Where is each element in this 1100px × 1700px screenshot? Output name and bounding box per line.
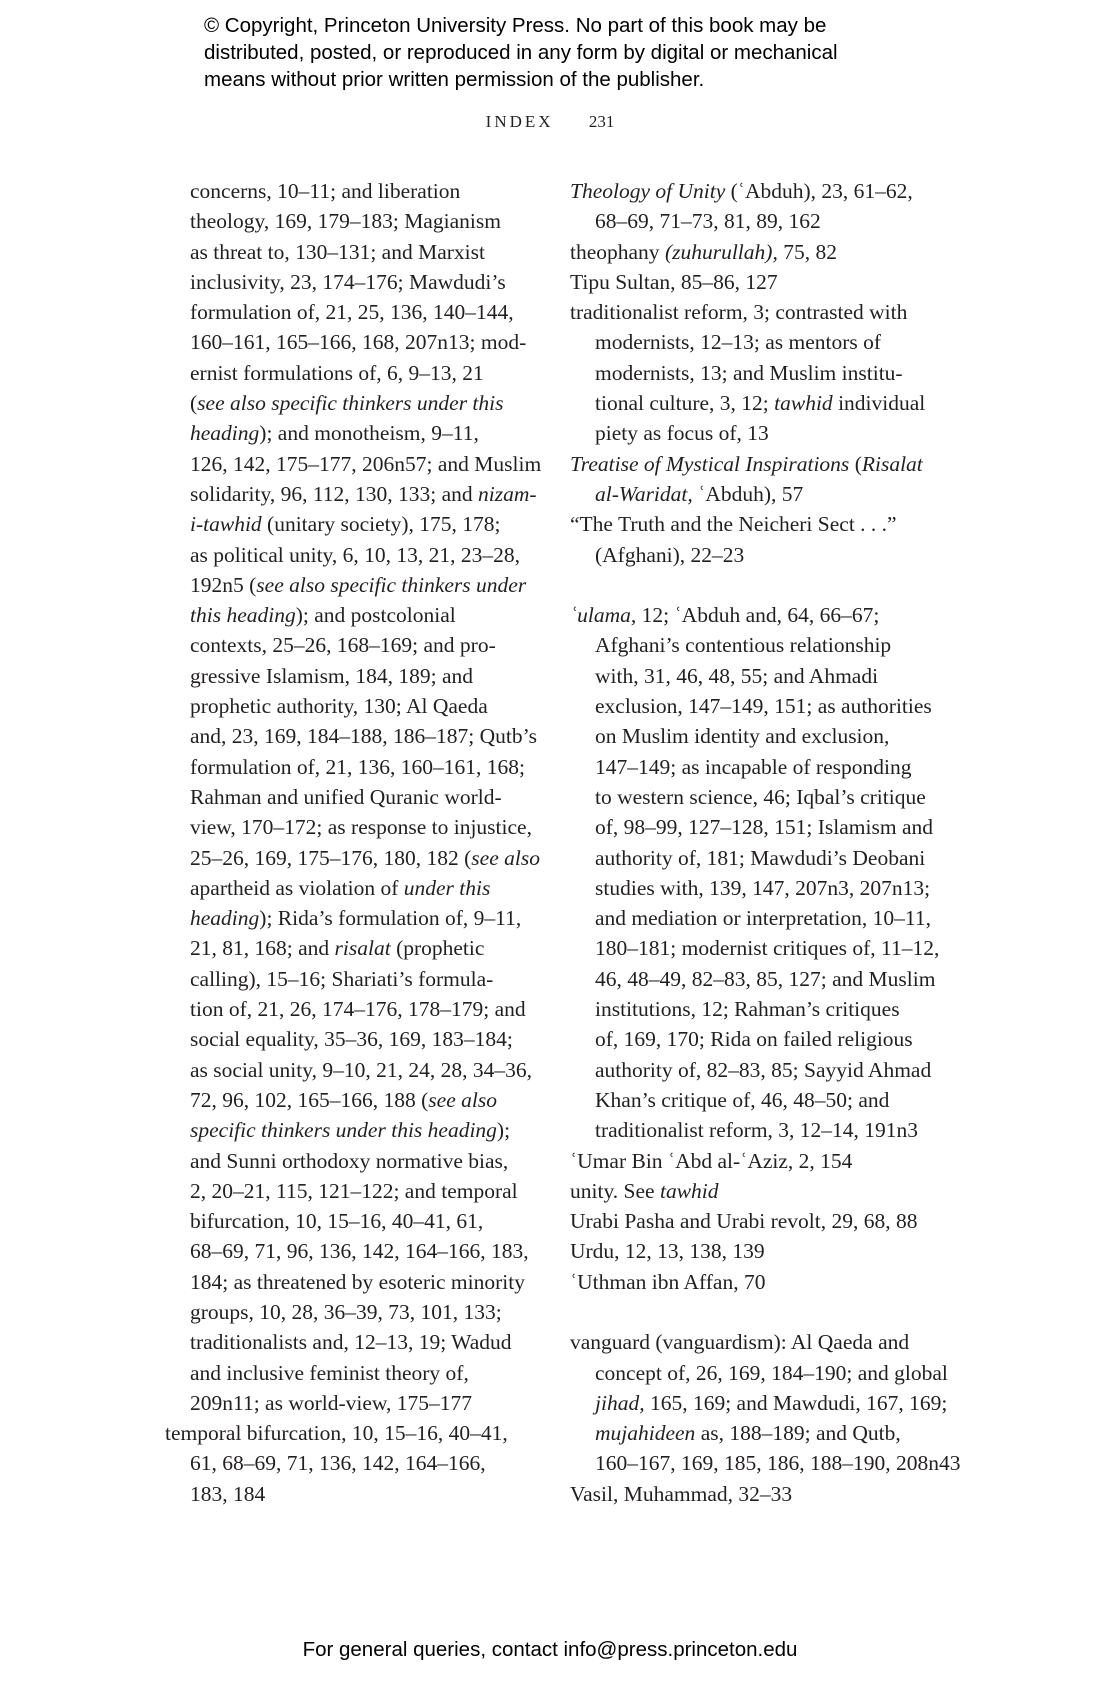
index-line-continuation: prophetic authority, 130; Al Qaeda: [190, 691, 530, 721]
copyright-line: © Copyright, Princeton University Press.…: [204, 12, 964, 39]
index-text: 147–149; as incapable of responding: [595, 755, 911, 779]
index-line-continuation: authority of, 181; Mawdudi’s Deobani: [570, 843, 940, 873]
italic-term: (zuhurullah),: [665, 240, 778, 264]
index-text: authority of, 82–83, 85; Sayyid Ahmad: [595, 1058, 931, 1082]
index-text: view, 170–172; as response to injustice,: [190, 815, 532, 839]
index-line-continuation: formulation of, 21, 25, 136, 140–144,: [190, 297, 530, 327]
index-text: contexts, 25–26, 168–169; and pro-: [190, 633, 496, 657]
index-text: of, 98–99, 127–128, 151; Islamism and: [595, 815, 933, 839]
index-entry: unity. See tawhid: [570, 1176, 940, 1206]
index-line-continuation: and Sunni orthodoxy normative bias,: [190, 1146, 530, 1176]
index-line-continuation: 184; as threatened by esoteric minority: [190, 1267, 530, 1297]
index-line-continuation: as threat to, 130–131; and Marxist: [190, 237, 530, 267]
italic-term: see also specific thinkers under this: [197, 391, 503, 415]
italic-term: tawhid: [660, 1179, 719, 1203]
index-text: );: [497, 1118, 510, 1142]
index-text: traditionalists and, 12–13, 19; Wadud: [190, 1330, 512, 1354]
italic-term: heading: [190, 906, 259, 930]
index-line-continuation: as political unity, 6, 10, 13, 21, 23–28…: [190, 540, 530, 570]
index-line-continuation: of, 98–99, 127–128, 151; Islamism and: [570, 812, 940, 842]
running-head-label: INDEX: [486, 112, 554, 131]
index-text: 46, 48–49, 82–83, 85, 127; and Muslim: [595, 967, 935, 991]
index-line-continuation: heading); Rida’s formulation of, 9–11,: [190, 903, 530, 933]
index-text: as social unity, 9–10, 21, 24, 28, 34–36…: [190, 1058, 532, 1082]
index-text: with, 31, 46, 48, 55; and Ahmadi: [595, 664, 878, 688]
index-line-continuation: concept of, 26, 169, 184–190; and global: [570, 1358, 940, 1388]
index-entry: ʿulama, 12; ʿAbduh and, 64, 66–67;: [570, 600, 940, 630]
italic-term: al-Waridat,: [595, 482, 693, 506]
index-text: ); and monotheism, 9–11,: [259, 421, 479, 445]
index-text: 184; as threatened by esoteric minority: [190, 1270, 525, 1294]
italic-term: heading: [190, 421, 259, 445]
index-text: 75, 82: [778, 240, 837, 264]
index-entry: ʿUthman ibn Affan, 70: [570, 1267, 940, 1297]
index-text: unity. See: [570, 1179, 660, 1203]
footer-contact: For general queries, contact info@press.…: [0, 1638, 1100, 1662]
index-line-continuation: 160–167, 169, 185, 186, 188–190, 208n43: [570, 1448, 940, 1478]
index-line-continuation: al-Waridat, ʿAbduh), 57: [570, 479, 940, 509]
index-text: tion of, 21, 26, 174–176, 178–179; and: [190, 997, 526, 1021]
index-line-continuation: of, 169, 170; Rida on failed religious: [570, 1024, 940, 1054]
index-text: 165, 169; and Mawdudi, 167, 169;: [645, 1391, 948, 1415]
index-line-continuation: traditionalists and, 12–13, 19; Wadud: [190, 1327, 530, 1357]
index-line-continuation: 46, 48–49, 82–83, 85, 127; and Muslim: [570, 964, 940, 994]
index-line-continuation: heading); and monotheism, 9–11,: [190, 418, 530, 448]
index-text: as, 188–189; and Qutb,: [695, 1421, 900, 1445]
index-line-continuation: with, 31, 46, 48, 55; and Ahmadi: [570, 661, 940, 691]
index-text: Khan’s critique of, 46, 48–50; and: [595, 1088, 889, 1112]
index-text: theology, 169, 179–183; Magianism: [190, 209, 501, 233]
index-line-continuation: 126, 142, 175–177, 206n57; and Muslim: [190, 449, 530, 479]
index-line-continuation: ernist formulations of, 6, 9–13, 21: [190, 358, 530, 388]
index-text: piety as focus of, 13: [595, 421, 769, 445]
index-text: exclusion, 147–149, 151; as authorities: [595, 694, 932, 718]
index-text: solidarity, 96, 112, 130, 133; and: [190, 482, 478, 506]
index-line-continuation: 21, 81, 168; and risalat (prophetic: [190, 933, 530, 963]
index-line-continuation: gressive Islamism, 184, 189; and: [190, 661, 530, 691]
index-column-left: concerns, 10–11; and liberationtheology,…: [190, 176, 530, 1509]
copyright-line: distributed, posted, or reproduced in an…: [204, 39, 964, 66]
index-line-continuation: tional culture, 3, 12; tawhid individual: [570, 388, 940, 418]
index-text: traditionalist reform, 3, 12–14, 191n3: [595, 1118, 918, 1142]
index-line-continuation: (Afghani), 22–23: [570, 540, 940, 570]
index-entry: Urdu, 12, 13, 138, 139: [570, 1236, 940, 1266]
index-line-continuation: solidarity, 96, 112, 130, 133; and nizam…: [190, 479, 530, 509]
index-text: bifurcation, 10, 15–16, 40–41, 61,: [190, 1209, 483, 1233]
index-entry: Treatise of Mystical Inspirations (Risal…: [570, 449, 940, 479]
index-line-continuation: contexts, 25–26, 168–169; and pro-: [190, 630, 530, 660]
index-text: 160–161, 165–166, 168, 207n13; mod-: [190, 330, 526, 354]
index-entry: Theology of Unity (ʿAbduh), 23, 61–62,: [570, 176, 940, 206]
index-text: modernists, 12–13; as mentors of: [595, 330, 881, 354]
entry-group-gap: [570, 570, 940, 600]
index-text: (: [849, 452, 862, 476]
index-text: apartheid as violation of: [190, 876, 404, 900]
italic-term: jihad,: [595, 1391, 645, 1415]
index-line-continuation: 147–149; as incapable of responding: [570, 752, 940, 782]
index-text: (Afghani), 22–23: [595, 543, 744, 567]
italic-term: mujahideen: [595, 1421, 695, 1445]
index-text: ʿUthman ibn Affan, 70: [570, 1270, 765, 1294]
index-text: traditionalist reform, 3; contrasted wit…: [570, 300, 907, 324]
index-line-continuation: i-tawhid (unitary society), 175, 178;: [190, 509, 530, 539]
index-line-continuation: piety as focus of, 13: [570, 418, 940, 448]
index-line-continuation: 68–69, 71, 96, 136, 142, 164–166, 183,: [190, 1236, 530, 1266]
index-text: 12; ʿAbduh and, 64, 66–67;: [636, 603, 879, 627]
index-text: 25–26, 169, 175–176, 180, 182 (: [190, 846, 471, 870]
index-text: ); Rida’s formulation of, 9–11,: [259, 906, 521, 930]
index-text: concerns, 10–11; and liberation: [190, 179, 460, 203]
index-text: to western science, 46; Iqbal’s critique: [595, 785, 926, 809]
index-text: formulation of, 21, 25, 136, 140–144,: [190, 300, 514, 324]
index-text: groups, 10, 28, 36–39, 73, 101, 133;: [190, 1300, 502, 1324]
index-text: 126, 142, 175–177, 206n57; and Muslim: [190, 452, 541, 476]
index-text: 183, 184: [190, 1482, 265, 1506]
index-line-continuation: 2, 20–21, 115, 121–122; and temporal: [190, 1176, 530, 1206]
index-line-continuation: and, 23, 169, 184–188, 186–187; Qutb’s: [190, 721, 530, 751]
italic-term: Theology of Unity: [570, 179, 725, 203]
index-text: 61, 68–69, 71, 136, 142, 164–166,: [190, 1451, 486, 1475]
index-text: theophany: [570, 240, 665, 264]
index-text: “The Truth and the Neicheri Sect . . .”: [570, 512, 897, 536]
index-line-continuation: groups, 10, 28, 36–39, 73, 101, 133;: [190, 1297, 530, 1327]
index-line-continuation: authority of, 82–83, 85; Sayyid Ahmad: [570, 1055, 940, 1085]
index-text: ); and postcolonial: [296, 603, 456, 627]
index-text: tional culture, 3, 12;: [595, 391, 774, 415]
index-line-continuation: concerns, 10–11; and liberation: [190, 176, 530, 206]
index-entry: Vasil, Muhammad, 32–33: [570, 1479, 940, 1509]
index-column-right: Theology of Unity (ʿAbduh), 23, 61–62,68…: [570, 176, 940, 1509]
index-text: 192n5 (: [190, 573, 256, 597]
index-text: and Sunni orthodoxy normative bias,: [190, 1149, 508, 1173]
index-text: and inclusive feminist theory of,: [190, 1361, 469, 1385]
index-text: of, 169, 170; Rida on failed religious: [595, 1027, 913, 1051]
italic-term: Risalat: [862, 452, 923, 476]
italic-term: i-tawhid: [190, 512, 262, 536]
index-text: 180–181; modernist critiques of, 11–12,: [595, 936, 939, 960]
page-number: 231: [589, 112, 615, 131]
index-text: individual: [833, 391, 926, 415]
index-entry: temporal bifurcation, 10, 15–16, 40–41,: [165, 1418, 530, 1448]
index-text: and mediation or interpretation, 10–11,: [595, 906, 931, 930]
index-line-continuation: 209n11; as world-view, 175–177: [190, 1388, 530, 1418]
index-text: as political unity, 6, 10, 13, 21, 23–28…: [190, 543, 520, 567]
index-text: calling), 15–16; Shariati’s formula-: [190, 967, 493, 991]
italic-term: see also: [428, 1088, 497, 1112]
index-line-continuation: view, 170–172; as response to injustice,: [190, 812, 530, 842]
index-line-continuation: specific thinkers under this heading);: [190, 1115, 530, 1145]
italic-term: see also: [471, 846, 540, 870]
index-line-continuation: tion of, 21, 26, 174–176, 178–179; and: [190, 994, 530, 1024]
index-text: (ʿAbduh), 23, 61–62,: [725, 179, 913, 203]
index-text: as threat to, 130–131; and Marxist: [190, 240, 485, 264]
index-line-continuation: studies with, 139, 147, 207n3, 207n13;: [570, 873, 940, 903]
index-text: Vasil, Muhammad, 32–33: [570, 1482, 792, 1506]
index-text: Afghani’s contentious relationship: [595, 633, 891, 657]
index-entry: traditionalist reform, 3; contrasted wit…: [570, 297, 940, 327]
index-text: formulation of, 21, 136, 160–161, 168;: [190, 755, 525, 779]
italic-term: Treatise of Mystical Inspirations: [570, 452, 849, 476]
index-text: ernist formulations of, 6, 9–13, 21: [190, 361, 484, 385]
index-line-continuation: and mediation or interpretation, 10–11,: [570, 903, 940, 933]
index-line-continuation: Afghani’s contentious relationship: [570, 630, 940, 660]
index-text: gressive Islamism, 184, 189; and: [190, 664, 473, 688]
index-line-continuation: on Muslim identity and exclusion,: [570, 721, 940, 751]
index-text: 72, 96, 102, 165–166, 188 (: [190, 1088, 428, 1112]
italic-term: under this: [404, 876, 491, 900]
index-text: ʿAbduh), 57: [693, 482, 803, 506]
running-head: INDEX 231: [0, 112, 1100, 132]
index-line-continuation: institutions, 12; Rahman’s critiques: [570, 994, 940, 1024]
index-entry: ʿUmar Bin ʿAbd al-ʿAziz, 2, 154: [570, 1146, 940, 1176]
index-text: (unitary society), 175, 178;: [262, 512, 501, 536]
index-text: concept of, 26, 169, 184–190; and global: [595, 1361, 948, 1385]
index-line-continuation: theology, 169, 179–183; Magianism: [190, 206, 530, 236]
index-line-continuation: jihad, 165, 169; and Mawdudi, 167, 169;: [570, 1388, 940, 1418]
index-entry: vanguard (vanguardism): Al Qaeda and: [570, 1327, 940, 1357]
index-line-continuation: (see also specific thinkers under this: [190, 388, 530, 418]
index-line-continuation: 68–69, 71–73, 81, 89, 162: [570, 206, 940, 236]
index-text: Tipu Sultan, 85–86, 127: [570, 270, 778, 294]
index-line-continuation: mujahideen as, 188–189; and Qutb,: [570, 1418, 940, 1448]
index-line-continuation: social equality, 35–36, 169, 183–184;: [190, 1024, 530, 1054]
index-entry: theophany (zuhurullah), 75, 82: [570, 237, 940, 267]
copyright-notice: © Copyright, Princeton University Press.…: [204, 12, 964, 93]
index-line-continuation: apartheid as violation of under this: [190, 873, 530, 903]
italic-term: tawhid: [774, 391, 833, 415]
index-line-continuation: formulation of, 21, 136, 160–161, 168;: [190, 752, 530, 782]
index-line-continuation: and inclusive feminist theory of,: [190, 1358, 530, 1388]
index-line-continuation: to western science, 46; Iqbal’s critique: [570, 782, 940, 812]
index-text: inclusivity, 23, 174–176; Mawdudi’s: [190, 270, 506, 294]
index-text: modernists, 13; and Muslim institu-: [595, 361, 903, 385]
entry-group-gap: [570, 1297, 940, 1327]
italic-term: see also specific thinkers under: [256, 573, 526, 597]
index-entry: “The Truth and the Neicheri Sect . . .”: [570, 509, 940, 539]
index-line-continuation: 61, 68–69, 71, 136, 142, 164–166,: [190, 1448, 530, 1478]
index-text: vanguard (vanguardism): Al Qaeda and: [570, 1330, 909, 1354]
index-text: 68–69, 71–73, 81, 89, 162: [595, 209, 821, 233]
index-text: Rahman and unified Quranic world-: [190, 785, 502, 809]
index-line-continuation: exclusion, 147–149, 151; as authorities: [570, 691, 940, 721]
index-line-continuation: 180–181; modernist critiques of, 11–12,: [570, 933, 940, 963]
index-line-continuation: modernists, 13; and Muslim institu-: [570, 358, 940, 388]
index-text: ʿUmar Bin ʿAbd al-ʿAziz, 2, 154: [570, 1149, 852, 1173]
italic-term: this heading: [190, 603, 296, 627]
index-text: and, 23, 169, 184–188, 186–187; Qutb’s: [190, 724, 537, 748]
index-text: authority of, 181; Mawdudi’s Deobani: [595, 846, 925, 870]
index-entry: Urabi Pasha and Urabi revolt, 29, 68, 88: [570, 1206, 940, 1236]
italic-term: specific thinkers under this heading: [190, 1118, 497, 1142]
index-line-continuation: Khan’s critique of, 46, 48–50; and: [570, 1085, 940, 1115]
index-text: 160–167, 169, 185, 186, 188–190, 208n43: [595, 1451, 961, 1475]
index-line-continuation: 25–26, 169, 175–176, 180, 182 (see also: [190, 843, 530, 873]
index-entry: Tipu Sultan, 85–86, 127: [570, 267, 940, 297]
index-line-continuation: Rahman and unified Quranic world-: [190, 782, 530, 812]
index-line-continuation: 72, 96, 102, 165–166, 188 (see also: [190, 1085, 530, 1115]
index-text: Urabi Pasha and Urabi revolt, 29, 68, 88: [570, 1209, 918, 1233]
italic-term: risalat: [335, 936, 391, 960]
index-text: social equality, 35–36, 169, 183–184;: [190, 1027, 513, 1051]
index-line-continuation: 192n5 (see also specific thinkers under: [190, 570, 530, 600]
index-text: (prophetic: [391, 936, 485, 960]
index-line-continuation: this heading); and postcolonial: [190, 600, 530, 630]
index-text: 21, 81, 168; and: [190, 936, 335, 960]
index-line-continuation: bifurcation, 10, 15–16, 40–41, 61,: [190, 1206, 530, 1236]
index-line-continuation: 160–161, 165–166, 168, 207n13; mod-: [190, 327, 530, 357]
index-text: 209n11; as world-view, 175–177: [190, 1391, 472, 1415]
index-text: Urdu, 12, 13, 138, 139: [570, 1239, 765, 1263]
index-text: studies with, 139, 147, 207n3, 207n13;: [595, 876, 930, 900]
index-line-continuation: calling), 15–16; Shariati’s formula-: [190, 964, 530, 994]
index-line-continuation: modernists, 12–13; as mentors of: [570, 327, 940, 357]
italic-term: ʿulama,: [570, 603, 636, 627]
index-text: prophetic authority, 130; Al Qaeda: [190, 694, 488, 718]
index-line-continuation: traditionalist reform, 3, 12–14, 191n3: [570, 1115, 940, 1145]
italic-term: nizam-: [478, 482, 537, 506]
index-line-continuation: inclusivity, 23, 174–176; Mawdudi’s: [190, 267, 530, 297]
index-line-continuation: 183, 184: [190, 1479, 530, 1509]
copyright-line: means without prior written permission o…: [204, 66, 964, 93]
index-text: institutions, 12; Rahman’s critiques: [595, 997, 900, 1021]
index-text: 68–69, 71, 96, 136, 142, 164–166, 183,: [190, 1239, 529, 1263]
index-text: temporal bifurcation, 10, 15–16, 40–41,: [165, 1421, 508, 1445]
index-text: 2, 20–21, 115, 121–122; and temporal: [190, 1179, 518, 1203]
index-line-continuation: as social unity, 9–10, 21, 24, 28, 34–36…: [190, 1055, 530, 1085]
index-text: on Muslim identity and exclusion,: [595, 724, 889, 748]
